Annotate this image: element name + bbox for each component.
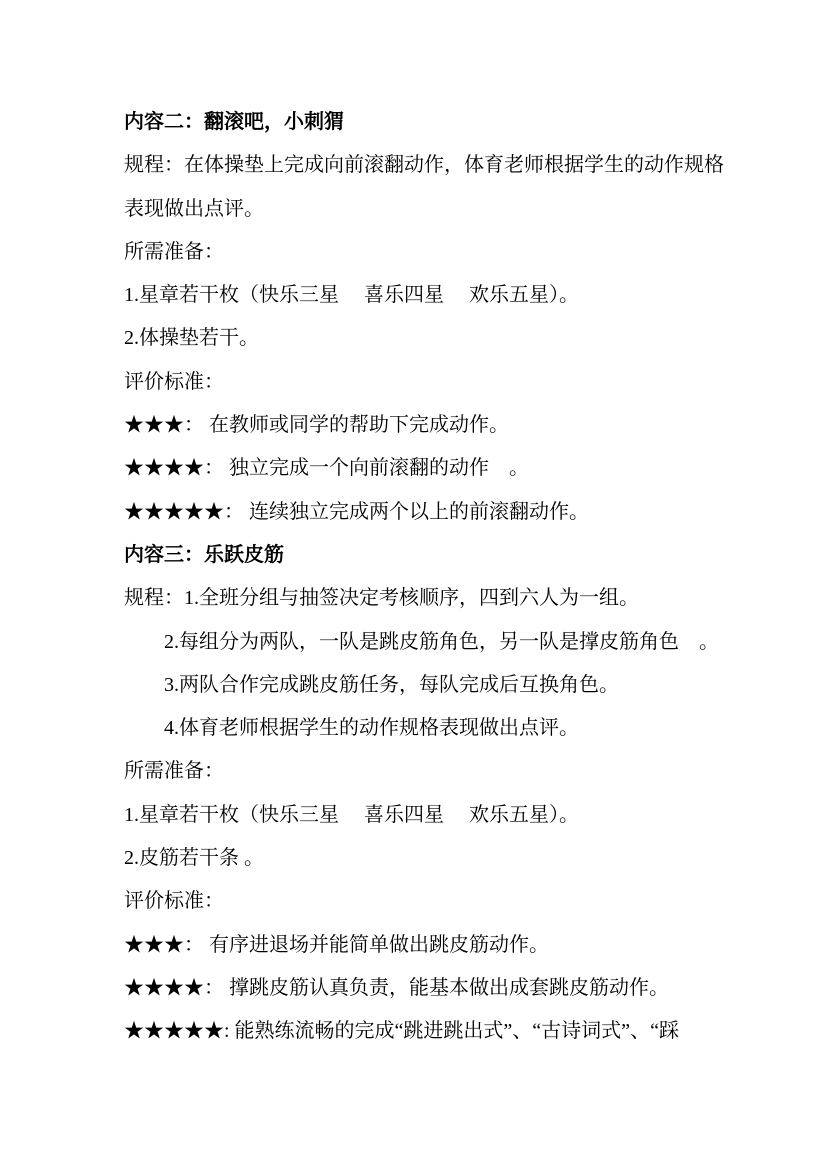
section-3-criteria-3-star: ★★★： 有序进退场并能简单做出跳皮筋动作。 (124, 924, 764, 967)
section-2-preparation-item-1: 1.星章若干枚（快乐三星 喜乐四星 欢乐五星）。 (124, 274, 764, 317)
section-3-rules-item-1: 规程：1.全班分组与抽签决定考核顺序，四到六人为一组。 (124, 577, 764, 620)
section-2-criteria-3-star: ★★★： 在教师或同学的帮助下完成动作。 (124, 404, 764, 447)
section-2-rules-line-2: 表现做出点评。 (124, 188, 764, 231)
section-3-criteria-4-star: ★★★★： 撑跳皮筋认真负责，能基本做出成套跳皮筋动作。 (124, 967, 764, 1010)
section-2-preparation-label: 所需准备： (124, 231, 764, 274)
document-page: 内容二：翻滚吧，小刺猬 规程：在体操垫上完成向前滚翻动作，体育老师根据学生的动作… (0, 0, 827, 1170)
section-3-rules-item-3: 3.两队合作完成跳皮筋任务，每队完成后互换角色。 (124, 664, 764, 707)
section-3-heading: 内容三：乐跃皮筋 (124, 534, 764, 577)
section-3-preparation-item-2: 2.皮筋若干条 。 (124, 837, 764, 880)
section-3-preparation-label: 所需准备： (124, 750, 764, 793)
section-3-criteria-5-star: ★★★★★: 能熟练流畅的完成“跳进跳出式”、“古诗词式”、“踩 (124, 1010, 764, 1053)
section-2-preparation-item-2: 2.体操垫若干。 (124, 317, 764, 360)
section-3-preparation-item-1: 1.星章若干枚（快乐三星 喜乐四星 欢乐五星）。 (124, 794, 764, 837)
section-2-heading: 内容二：翻滚吧，小刺猬 (124, 101, 764, 144)
section-2-criteria-4-star: ★★★★： 独立完成一个向前滚翻的动作 。 (124, 447, 764, 490)
section-2-criteria-5-star: ★★★★★： 连续独立完成两个以上的前滚翻动作。 (124, 491, 764, 534)
section-2-rules-line-1: 规程：在体操垫上完成向前滚翻动作，体育老师根据学生的动作规格 (124, 144, 764, 187)
section-3-rules-item-2: 2.每组分为两队，一队是跳皮筋角色，另一队是撑皮筋角色 。 (124, 621, 764, 664)
section-3-rules-item-4: 4.体育老师根据学生的动作规格表现做出点评。 (124, 707, 764, 750)
section-3-criteria-label: 评价标准： (124, 880, 764, 923)
section-2-criteria-label: 评价标准： (124, 361, 764, 404)
document-content: 内容二：翻滚吧，小刺猬 规程：在体操垫上完成向前滚翻动作，体育老师根据学生的动作… (124, 101, 764, 1054)
